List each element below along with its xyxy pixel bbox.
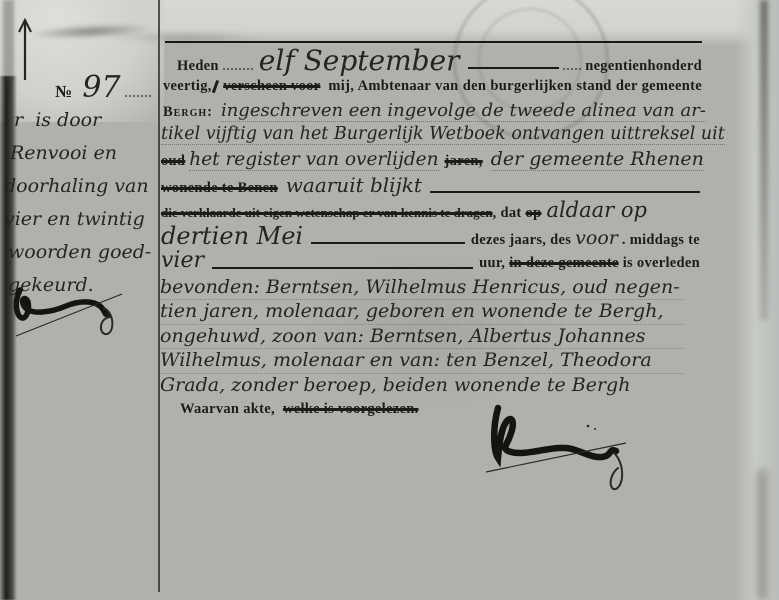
handwritten-register: het register van overlijden bbox=[189, 149, 438, 171]
label-heden: Heden bbox=[177, 58, 219, 75]
handwritten-date: elf September bbox=[259, 44, 460, 77]
handwritten-line-tien-jaren: tien jaren, molenaar, geboren en wonende… bbox=[160, 300, 683, 324]
act-line-officer: veertig, verscheen voor mij, Ambtenaar v… bbox=[163, 78, 702, 100]
act-line-waaruit: wonende te Benen waaruit blijkt bbox=[161, 173, 700, 198]
struck-wonende-te: wonende te Benen bbox=[161, 180, 278, 197]
label-dezes-jaars: dezes jaars, des bbox=[471, 232, 571, 249]
renvooi-mark: r bbox=[14, 109, 23, 131]
handwritten-vier: vier bbox=[161, 248, 204, 273]
act-line-datum-overlijden: dertien Mei dezes jaars, des voor . midd… bbox=[161, 222, 700, 250]
act-line-date: Heden elf September negentienhonderd bbox=[163, 44, 702, 76]
ruled-blank bbox=[468, 67, 560, 69]
ruled-blank bbox=[311, 242, 465, 244]
act-number: № 97 bbox=[55, 70, 151, 105]
margin-note-text-1: is door bbox=[35, 109, 101, 131]
margin-arrow-mark bbox=[12, 12, 42, 82]
struck-verklaarde: die verklaarde uit eigen wetenschap er v… bbox=[161, 205, 493, 221]
act-line-register: oud het register van overlijden jaren, d… bbox=[161, 148, 700, 174]
dotted-blank bbox=[563, 68, 581, 70]
top-rule bbox=[165, 41, 702, 43]
act-line-uur: vier uur, in deze gemeente is overleden bbox=[161, 248, 700, 274]
act-line-municipality: Bergh: ingeschreven een ingevolge de twe… bbox=[163, 100, 702, 126]
handwritten-waaruit-blijkt: waaruit blijkt bbox=[286, 173, 422, 197]
handwritten-line-2: tikel vijftig van het Burgerlijk Wetboek… bbox=[161, 124, 725, 145]
act-number-value: 97 bbox=[82, 70, 120, 105]
label-waarvan-akte: Waarvan akte, bbox=[180, 401, 275, 418]
handwritten-line-grada: Grada, zonder beroep, beiden wonende te … bbox=[160, 374, 683, 397]
handwritten-dertien-mei: dertien Mei bbox=[161, 222, 303, 250]
ruled-blank bbox=[212, 267, 473, 269]
handwritten-voor: voor bbox=[575, 227, 618, 249]
handwritten-line-bevonden: bevonden: Berntsen, Wilhelmus Henricus, … bbox=[160, 276, 683, 300]
handwritten-gemeente-rhenen: der gemeente Rhenen bbox=[491, 148, 704, 171]
handwritten-body: bevonden: Berntsen, Wilhelmus Henricus, … bbox=[160, 276, 705, 397]
struck-voorgelezen: welke is voorgelezen. bbox=[283, 401, 419, 418]
label-veertig: veertig, bbox=[163, 78, 212, 95]
death-certificate-scan: Heden elf September negentienhonderd vee… bbox=[0, 0, 779, 600]
struck-verscheen-voor: verscheen voor bbox=[223, 78, 320, 95]
act-line-verklaring: die verklaarde uit eigen wetenschap er v… bbox=[161, 198, 700, 224]
label-dat: , dat bbox=[493, 205, 522, 222]
handwritten-line-ongehuwd: ongehuwd, zoon van: Berntsen, Albertus J… bbox=[160, 325, 683, 349]
page-right-edge-shadow bbox=[760, 0, 768, 320]
insertion-caret-icon bbox=[212, 80, 219, 93]
handwritten-aldaar-op: aldaar op bbox=[546, 198, 647, 222]
struck-in-deze-gemeente: in deze gemeente bbox=[509, 255, 618, 272]
label-negentienhonderd: negentienhonderd bbox=[585, 58, 702, 75]
struck-oud: oud bbox=[161, 153, 185, 170]
act-line-wetboek: tikel vijftig van het Burgerlijk Wetboek… bbox=[161, 124, 700, 150]
label-is-overleden: is overleden bbox=[623, 255, 700, 272]
number-sign: № bbox=[55, 82, 72, 102]
margin-note-line-5: woorden goed- bbox=[4, 236, 158, 269]
struck-jaren: jaren, bbox=[445, 153, 483, 170]
label-uur: uur, bbox=[479, 255, 505, 272]
ruled-blank bbox=[430, 191, 700, 193]
dotted-blank bbox=[125, 95, 151, 97]
margin-note-line-1: r is door bbox=[4, 104, 158, 137]
label-bergh: Bergh: bbox=[163, 104, 213, 121]
label-middags-te: . middags te bbox=[622, 232, 700, 249]
official-signature bbox=[468, 396, 653, 501]
margin-signature bbox=[8, 272, 148, 347]
handwritten-line-wilhelmus: Wilhelmus, molenaar en van: ten Benzel, … bbox=[160, 349, 683, 373]
margin-note-line-2: Renvooi en bbox=[4, 137, 158, 170]
page-right-edge-smudge bbox=[757, 470, 767, 600]
margin-note-line-3: doorhaling van bbox=[4, 170, 158, 203]
struck-op: op bbox=[526, 205, 542, 222]
margin-note-line-4: vier en twintig bbox=[4, 203, 158, 236]
label-ambtenaar: mij, Ambtenaar van den burgerlijken stan… bbox=[328, 78, 702, 95]
handwritten-line-1: ingeschreven een ingevolge de tweede ali… bbox=[221, 100, 706, 122]
dotted-blank bbox=[223, 68, 253, 70]
